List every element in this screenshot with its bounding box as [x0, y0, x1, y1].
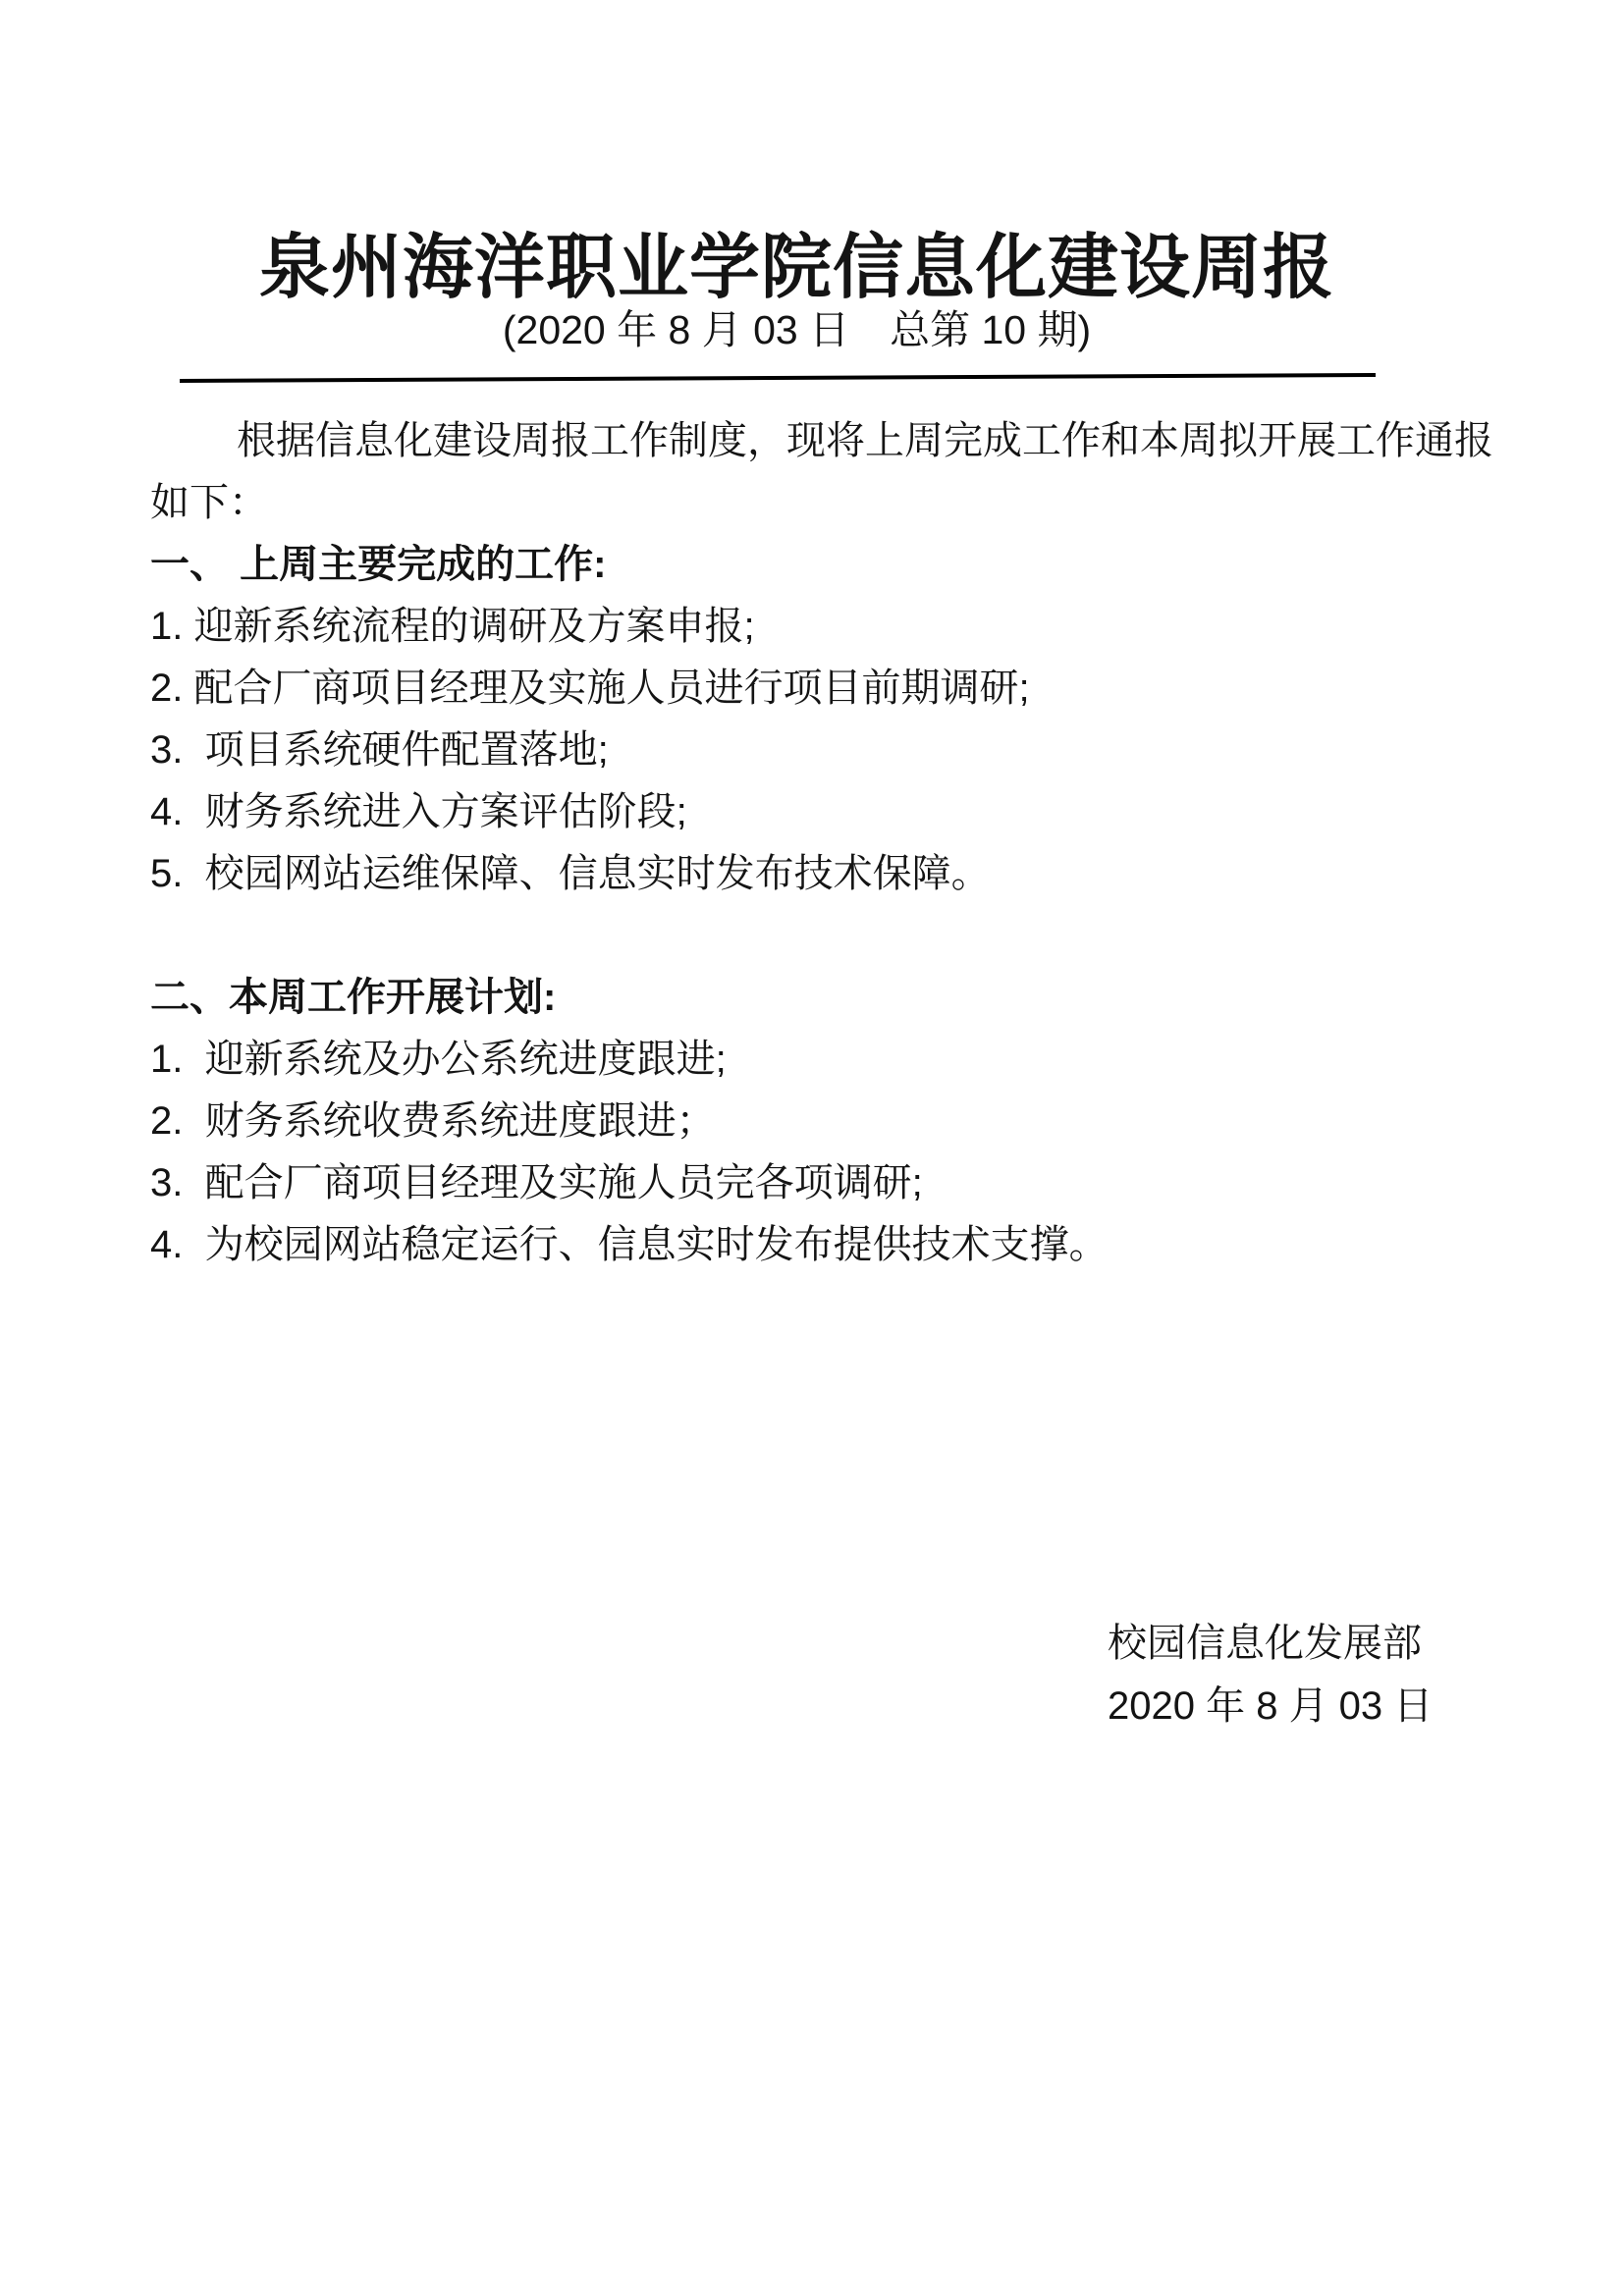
section-2-heading: 二、本周工作开展计划: [150, 967, 1525, 1029]
section-1-item-3: 3. 项目系统硬件配置落地; [150, 720, 1525, 781]
section-2-item-1: 1. 迎新系统及办公系统进度跟进; [150, 1029, 1525, 1091]
section-1-heading: 一、 上周主要完成的工作: [150, 534, 1525, 596]
intro-paragraph-line-2: 如下： [150, 472, 1525, 534]
title-divider-rule [180, 373, 1376, 383]
intro-paragraph-line-1: 根据信息化建设周报工作制度，现将上周完成工作和本周拟开展工作通报 [150, 410, 1525, 472]
issue-date-line: (2020 年 8 月 03 日 总第 10 期) [150, 297, 1443, 355]
section-2-item-4: 4. 为校园网站稳定运行、信息实时发布提供技术支撑。 [150, 1214, 1525, 1276]
section-1-item-2: 2. 配合厂商项目经理及实施人员进行项目前期调研; [150, 658, 1525, 720]
section-1-item-1: 1. 迎新系统流程的调研及方案申报; [150, 596, 1525, 658]
section-1-item-5: 5. 校园网站运维保障、信息实时发布技术保障。 [150, 843, 1525, 905]
signature-date: 2020 年 8 月 03 日 [1108, 1675, 1433, 1737]
signature-department: 校园信息化发展部 [1108, 1612, 1433, 1675]
section-gap [150, 905, 1525, 967]
document-page: 泉州海洋职业学院信息化建设周报 (2020 年 8 月 03 日 总第 10 期… [0, 0, 1624, 2296]
section-2-item-3: 3. 配合厂商项目经理及实施人员完各项调研; [150, 1152, 1525, 1214]
document-body: 根据信息化建设周报工作制度，现将上周完成工作和本周拟开展工作通报 如下： 一、 … [150, 410, 1525, 1276]
signature-block: 校园信息化发展部 2020 年 8 月 03 日 [1108, 1612, 1433, 1737]
section-2-item-2: 2. 财务系统收费系统进度跟进； [150, 1091, 1525, 1152]
section-1-item-4: 4. 财务系统进入方案评估阶段; [150, 781, 1525, 843]
